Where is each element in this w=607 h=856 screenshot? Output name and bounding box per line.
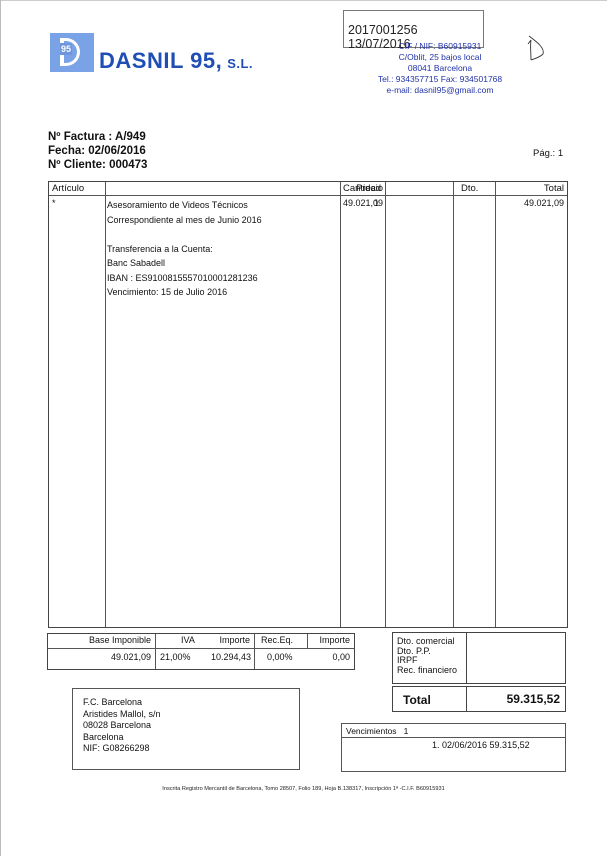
invoice-date: Fecha: 02/06/2016	[48, 144, 147, 158]
company-cif: CIF / NIF: B60915931	[360, 41, 520, 52]
total-value: 59.315,52	[507, 692, 560, 706]
total-box: Total 59.315,52	[392, 686, 566, 712]
description-line: Transferencia a la Cuenta:	[107, 242, 262, 257]
header-articulo: Artículo	[52, 183, 84, 194]
description-line: Vencimiento: 15 de Julio 2016	[107, 285, 262, 300]
company-name-text: DASNIL 95,	[99, 48, 222, 73]
column-divider	[340, 182, 341, 627]
invoice-number: Nº Factura : A/949	[48, 130, 147, 144]
company-email: e-mail: dasnil95@gmail.com	[360, 85, 520, 96]
row-articulo: *	[52, 198, 56, 208]
tax-header-divider	[48, 648, 354, 649]
tax-summary-table: Base Imponible IVA Importe Rec.Eq. Impor…	[47, 633, 355, 670]
client-name: F.C. Barcelona	[83, 697, 161, 709]
column-divider	[453, 182, 454, 627]
tax-importe-value: 10.294,43	[211, 652, 253, 662]
company-info: CIF / NIF: B60915931 C/Oblit, 25 bajos l…	[360, 41, 520, 96]
page-left-edge	[0, 0, 1, 856]
company-logo: 95	[50, 33, 94, 72]
discounts-divider	[466, 633, 467, 683]
logo-mark: 95	[60, 43, 72, 55]
tax-header-base: Base Imponible	[89, 635, 151, 645]
row-description: Asesoramiento de Videos Técnicos Corresp…	[107, 198, 262, 300]
client-street: Aristides Mallol, s/n	[83, 709, 161, 721]
tax-header-iva: IVA	[181, 635, 195, 645]
company-name: DASNIL 95,S.L.	[99, 48, 253, 74]
client-address-box: F.C. Barcelona Aristides Mallol, s/n 080…	[72, 688, 300, 770]
client-address: F.C. Barcelona Aristides Mallol, s/n 080…	[83, 697, 161, 755]
header-dto: Dto.	[461, 183, 478, 194]
total-label: Total	[403, 693, 431, 707]
discount-labels: Dto. comercial Dto. P.P. IRPF Rec. finan…	[397, 637, 457, 675]
tax-importe-receq-value: 0,00	[332, 652, 350, 662]
description-line: Correspondiente al mes de Junio 2016	[107, 213, 262, 228]
discounts-box: Dto. comercial Dto. P.P. IRPF Rec. finan…	[392, 632, 566, 684]
column-divider	[105, 182, 106, 627]
handwritten-signature-icon	[525, 32, 551, 62]
description-line: Asesoramiento de Videos Técnicos	[107, 198, 262, 213]
registry-footer: Inscrita Registro Mercantil de Barcelona…	[0, 786, 607, 792]
row-precio: 49.021,09	[343, 198, 383, 208]
column-divider	[385, 182, 386, 627]
vencimientos-title: Vencimientos 1	[346, 726, 408, 736]
invoice-meta: Nº Factura : A/949 Fecha: 02/06/2016 Nº …	[48, 130, 147, 172]
tax-iva-value: 21,00%	[160, 652, 191, 662]
description-line	[107, 227, 262, 242]
header-precio: Precio	[356, 183, 383, 194]
page-top-edge	[0, 0, 607, 1]
header-divider	[49, 195, 567, 196]
company-suffix: S.L.	[227, 56, 253, 71]
tax-column-divider	[254, 634, 255, 669]
discount-rec-financiero: Rec. financiero	[397, 666, 457, 676]
tax-receq-value: 0,00%	[267, 652, 293, 662]
tax-header-importe-receq: Importe	[319, 635, 350, 645]
header-total: Total	[544, 183, 564, 194]
client-province: Barcelona	[83, 732, 161, 744]
tax-header-importe: Importe	[219, 635, 250, 645]
description-line: Banc Sabadell	[107, 256, 262, 271]
row-total: 49.021,09	[524, 198, 564, 208]
vencimientos-divider	[342, 737, 565, 738]
client-postal: 08028 Barcelona	[83, 720, 161, 732]
tax-base-value: 49.021,09	[111, 652, 151, 662]
page-number: Pág.: 1	[533, 148, 563, 159]
company-phone: Tel.: 934357715 Fax: 934501768	[360, 74, 520, 85]
description-line: IBAN : ES9100815557010001281236	[107, 271, 262, 286]
tax-header-receq: Rec.Eq.	[261, 635, 293, 645]
vencimientos-box: Vencimientos 1 1. 02/06/2016 59.315,52	[341, 723, 566, 772]
tax-column-divider	[155, 634, 156, 669]
total-divider	[466, 687, 467, 711]
column-divider	[495, 182, 496, 627]
vencimiento-entry: 1. 02/06/2016 59.315,52	[432, 740, 530, 750]
company-city: 08041 Barcelona	[360, 63, 520, 74]
tax-column-divider	[307, 634, 308, 648]
client-number: Nº Cliente: 000473	[48, 158, 147, 172]
company-address: C/Oblit, 25 bajos local	[360, 52, 520, 63]
client-nif: NIF: G08266298	[83, 743, 161, 755]
items-table: Artículo Cantidad Precio Dto. Total * As…	[48, 181, 568, 628]
